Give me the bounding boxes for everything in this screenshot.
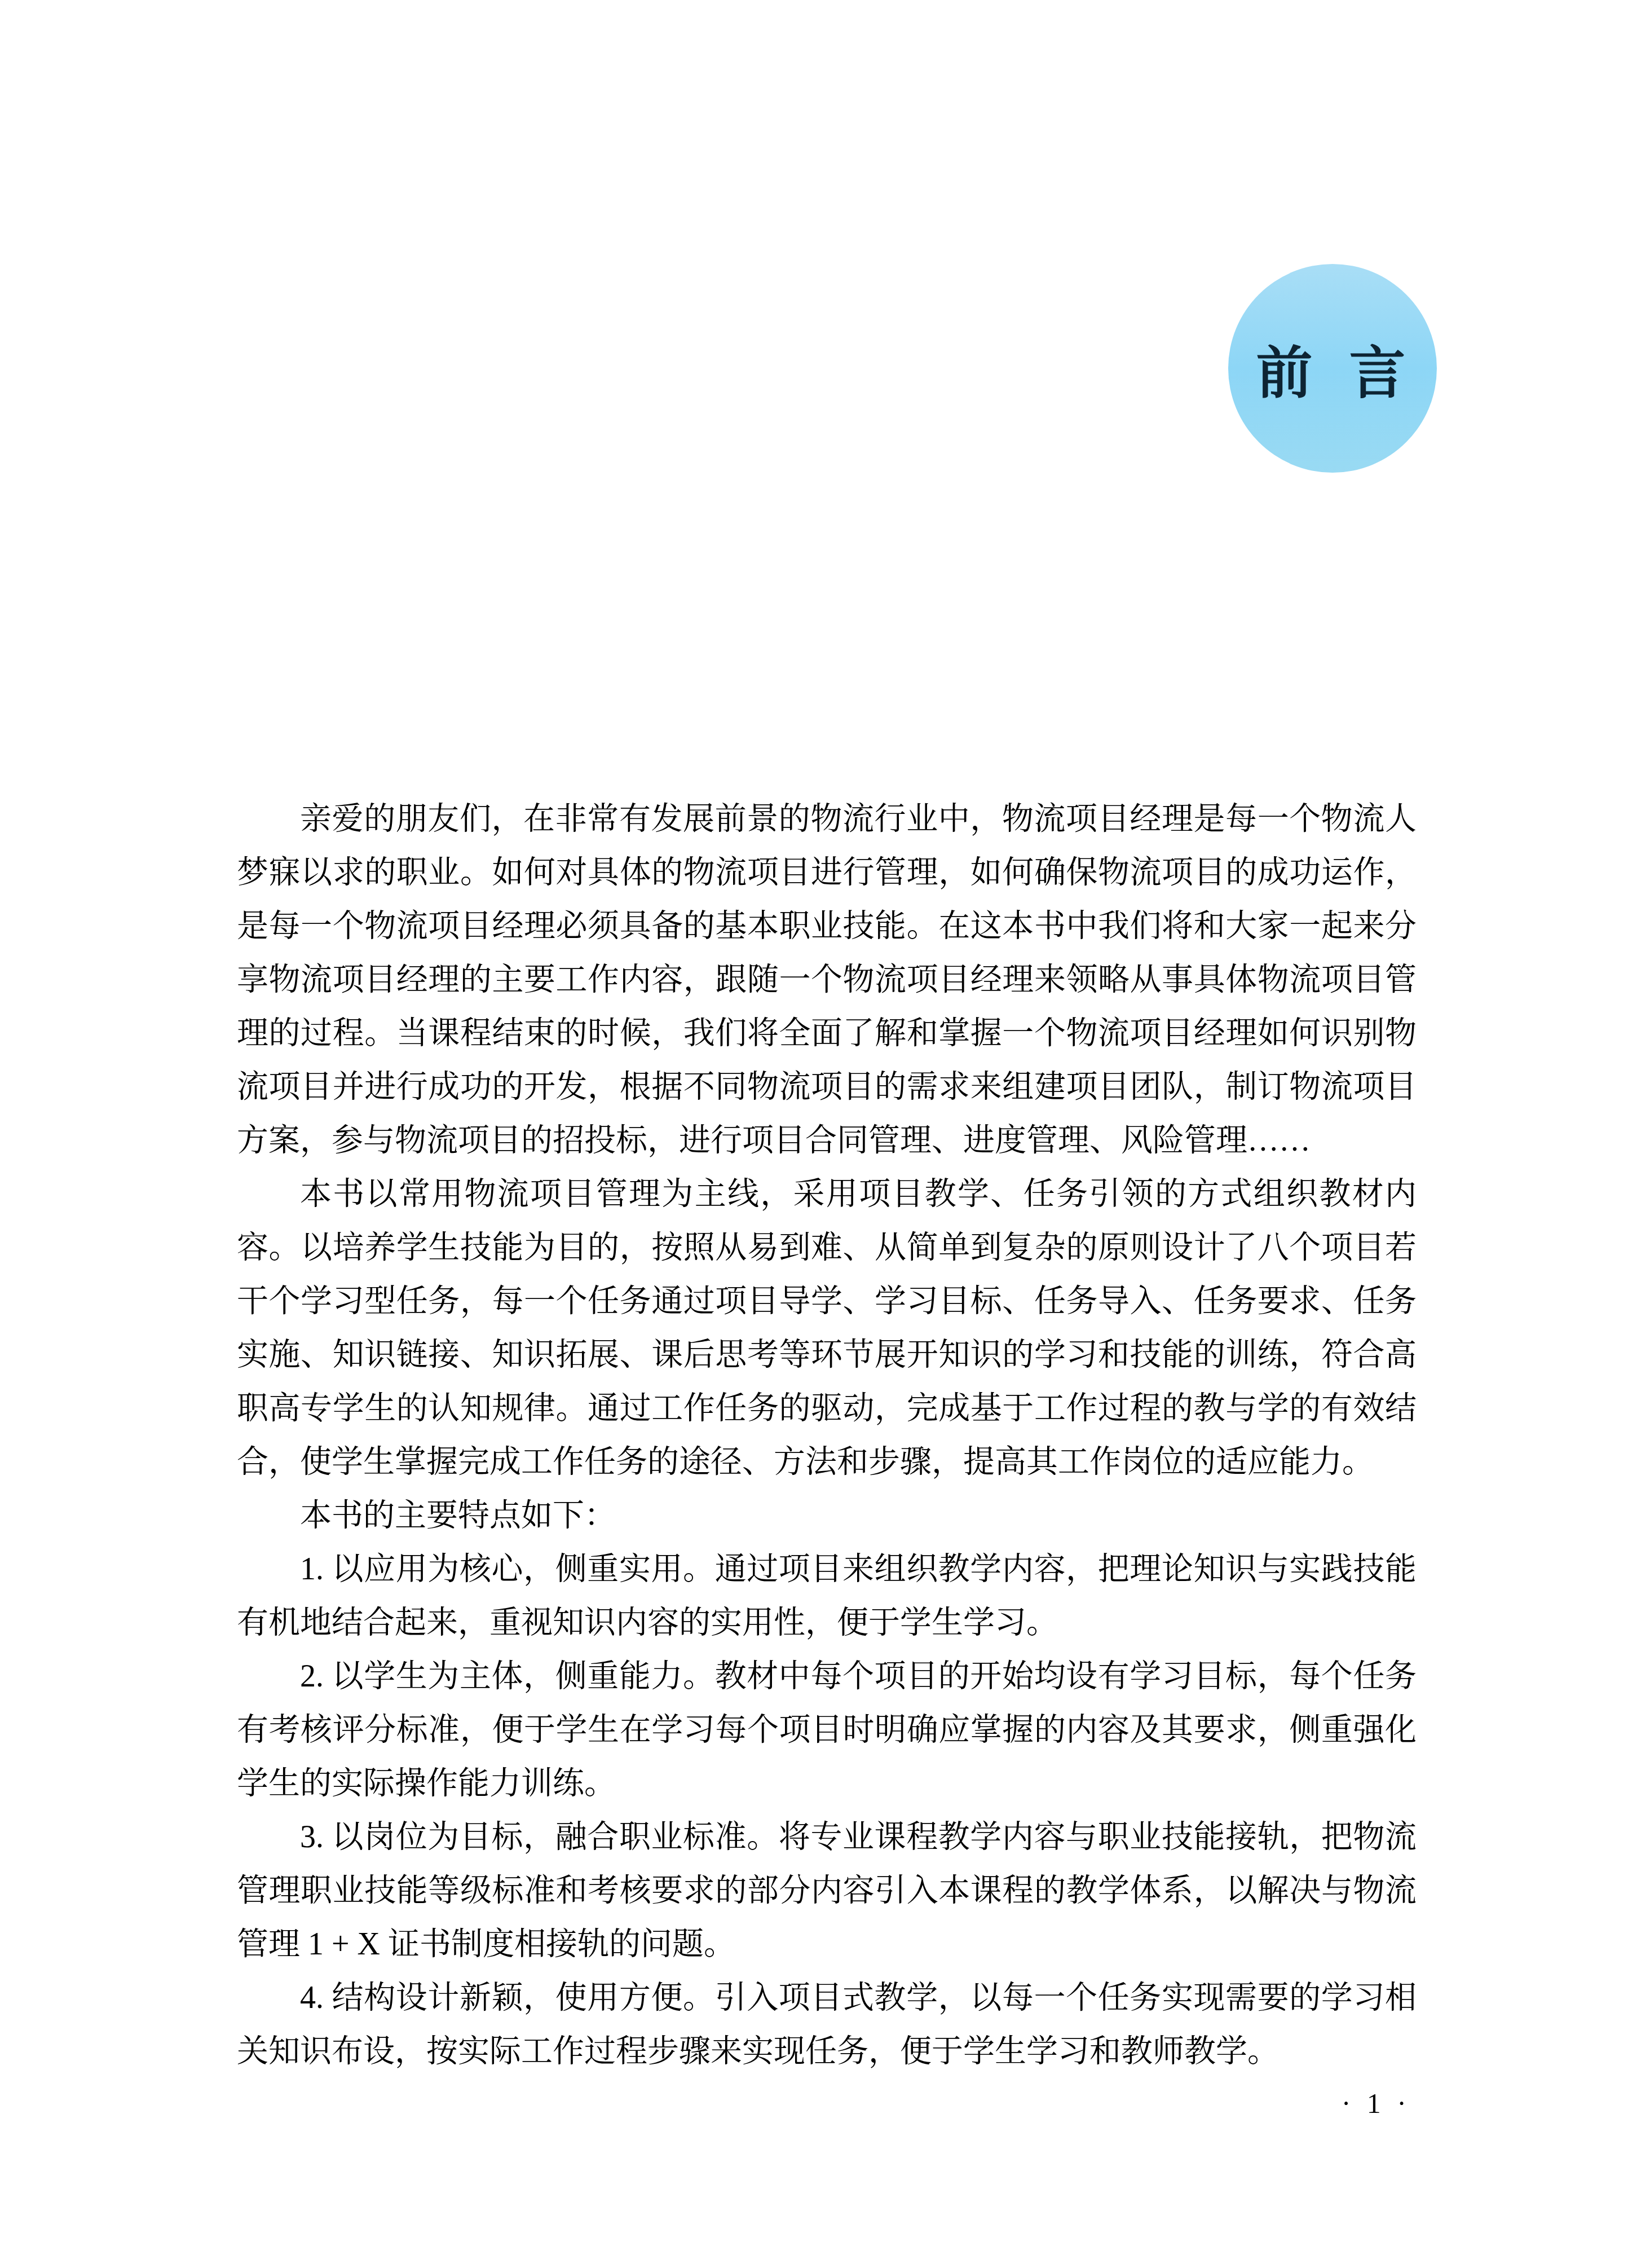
preface-title: 前 言 xyxy=(1256,328,1409,409)
page-number: · 1 · xyxy=(1342,2087,1411,2120)
preface-paragraph: 4. 结构设计新颖，使用方便。引入项目式教学，以每一个任务实现需要的学习相关知识… xyxy=(237,1971,1417,2078)
preface-paragraph: 2. 以学生为主体，侧重能力。教材中每个项目的开始均设有学习目标，每个任务有考核… xyxy=(237,1650,1417,1811)
preface-paragraph: 本书以常用物流项目管理为主线，采用项目教学、任务引领的方式组织教材内容。以培养学… xyxy=(237,1168,1417,1489)
preface-paragraph: 3. 以岗位为目标，融合职业标准。将专业课程教学内容与职业技能接轨，把物流管理职… xyxy=(237,1811,1417,1971)
preface-paragraph: 本书的主要特点如下： xyxy=(237,1489,1417,1543)
preface-paragraph: 1. 以应用为核心，侧重实用。通过项目来组织教学内容，把理论知识与实践技能有机地… xyxy=(237,1543,1417,1650)
preface-page: 前 言 亲爱的朋友们，在非常有发展前景的物流行业中，物流项目经理是每一个物流人梦… xyxy=(0,0,1628,2268)
preface-title-badge: 前 言 xyxy=(1228,264,1437,473)
preface-paragraph: 亲爱的朋友们，在非常有发展前景的物流行业中，物流项目经理是每一个物流人梦寐以求的… xyxy=(237,792,1417,1168)
preface-body: 亲爱的朋友们，在非常有发展前景的物流行业中，物流项目经理是每一个物流人梦寐以求的… xyxy=(237,792,1417,2078)
